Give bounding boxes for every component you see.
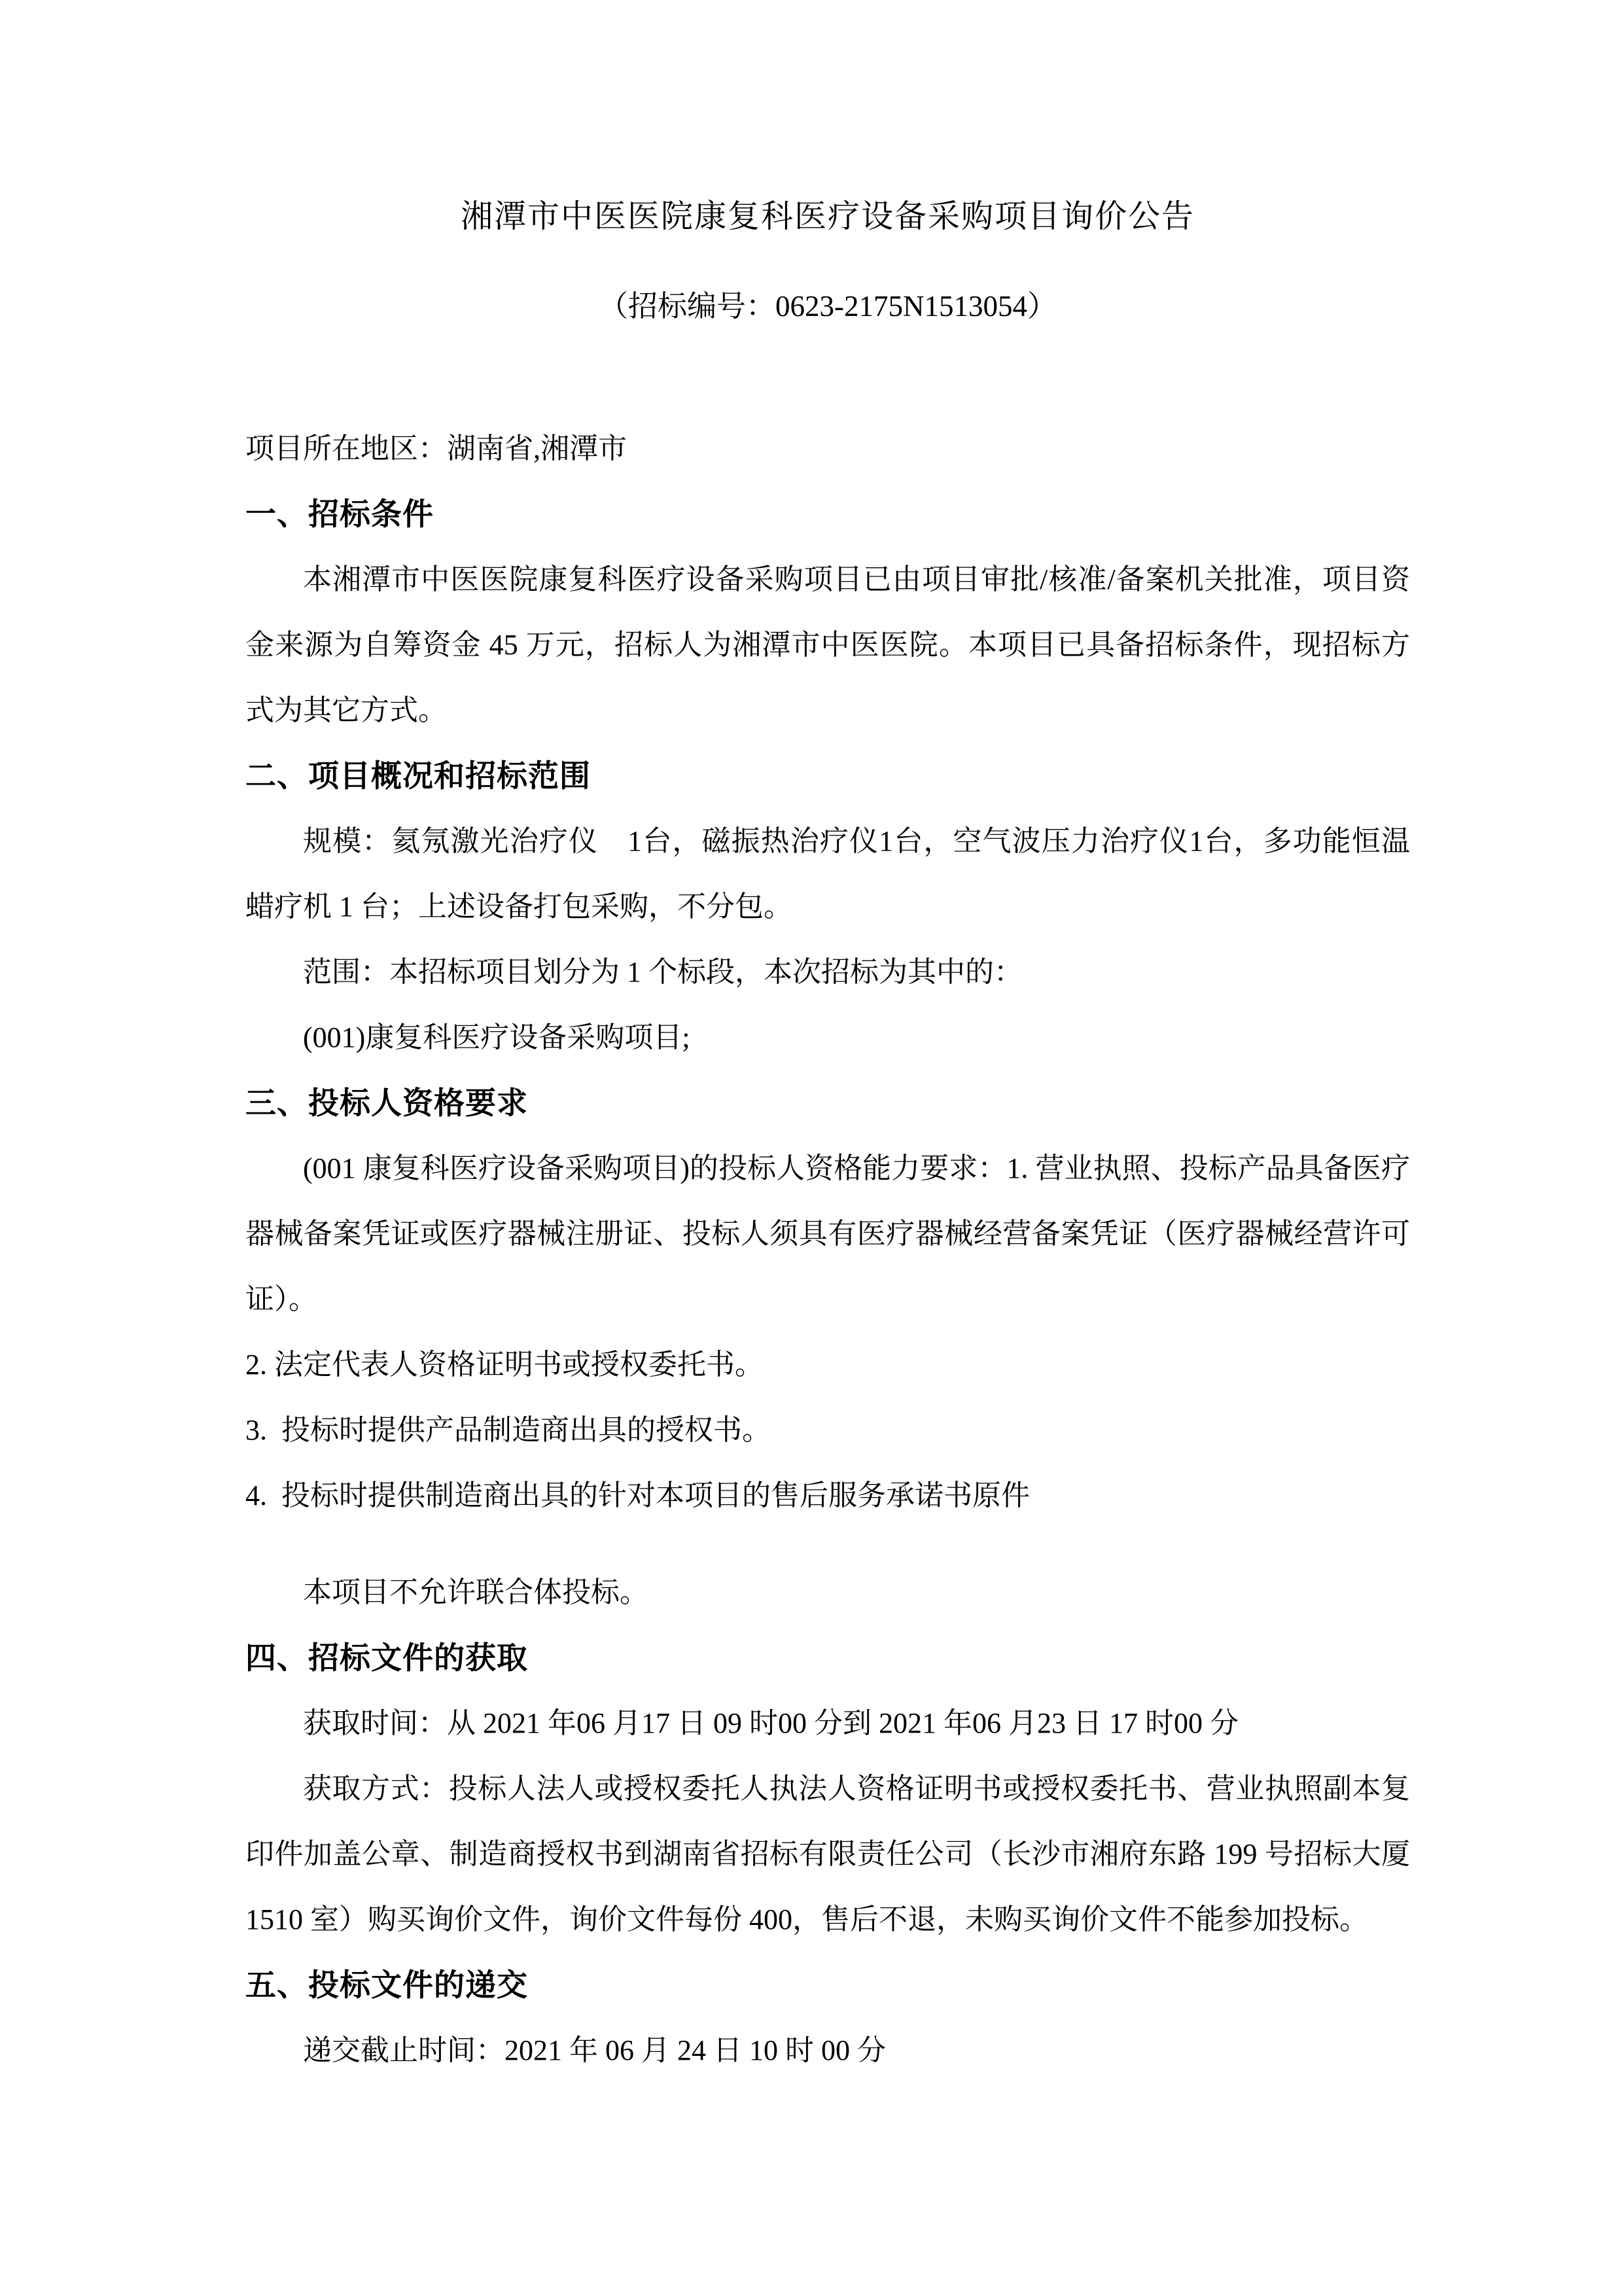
section-heading-3: 三、投标人资格要求 bbox=[245, 1070, 1410, 1136]
document-subtitle: （招标编号：0623-2175N1513054） bbox=[245, 288, 1410, 325]
no-consortium-line: 本项目不允许联合体投标。 bbox=[245, 1560, 1410, 1625]
section-heading-1: 一、招标条件 bbox=[245, 482, 1410, 547]
obtain-method-paragraph: 获取方式：投标人法人或授权委托人执法人资格证明书或授权委托书、营业执照副本复印件… bbox=[245, 1756, 1410, 1952]
requirement-item-2: 2. 法定代表人资格证明书或授权委托书。 bbox=[245, 1332, 1410, 1398]
qualification-requirement-paragraph: (001 康复科医疗设备采购项目)的投标人资格能力要求：1. 营业执照、投标产品… bbox=[245, 1136, 1410, 1332]
scope-paragraph: 范围：本招标项目划分为 1 个标段，本次招标为其中的： bbox=[245, 940, 1410, 1005]
section-heading-2: 二、项目概况和招标范围 bbox=[245, 743, 1410, 809]
submission-deadline-line: 递交截止时间：2021 年 06 月 24 日 10 时 00 分 bbox=[245, 2018, 1410, 2083]
section-1-paragraph: 本湘潭市中医医院康复科医疗设备采购项目已由项目审批/核准/备案机关批准，项目资金… bbox=[245, 547, 1410, 743]
section-heading-4: 四、招标文件的获取 bbox=[245, 1625, 1410, 1691]
obtain-time-line: 获取时间：从 2021 年06 月17 日 09 时00 分到 2021 年06… bbox=[245, 1691, 1410, 1756]
section-heading-5: 五、投标文件的递交 bbox=[245, 1952, 1410, 2018]
project-location-line: 项目所在地区：湖南省,湘潭市 bbox=[245, 416, 1410, 482]
requirement-item-4: 4. 投标时提供制造商出具的针对本项目的售后服务承诺书原件 bbox=[245, 1463, 1410, 1528]
scale-paragraph: 规模：氦氖激光治疗仪 1台，磁振热治疗仪1台，空气波压力治疗仪1台，多功能恒温蜡… bbox=[245, 809, 1410, 940]
lot-001-line: (001)康复科医疗设备采购项目; bbox=[245, 1005, 1410, 1070]
document-page: 湘潭市中医医院康复科医疗设备采购项目询价公告 （招标编号：0623-2175N1… bbox=[0, 0, 1624, 2296]
requirement-item-3: 3. 投标时提供产品制造商出具的授权书。 bbox=[245, 1398, 1410, 1463]
document-title: 湘潭市中医医院康复科医疗设备采购项目询价公告 bbox=[245, 196, 1410, 237]
